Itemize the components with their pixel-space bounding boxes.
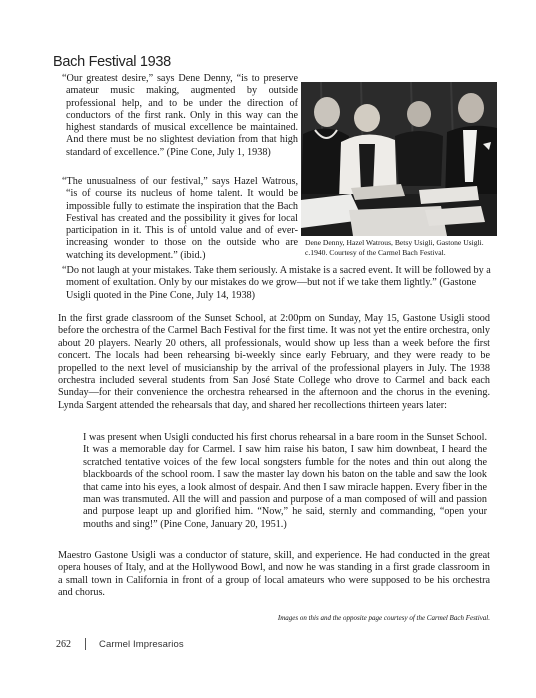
body-paragraph-1: In the first grade classroom of the Suns… — [58, 313, 490, 412]
footer-divider — [85, 638, 86, 650]
pull-quote-hazel-watrous: “The unusualness of our festival,” says … — [62, 176, 298, 262]
block-quote-lynda-sargent: I was present when Usigli conducted his … — [83, 432, 487, 531]
image-credit: Images on this and the opposite page cou… — [246, 614, 490, 622]
pull-quote-gastone-usigli: “Do not laugh at your mistakes. Take the… — [62, 265, 496, 302]
pull-quote-dene-denny: “Our greatest desire,” says Dene Denny, … — [62, 73, 298, 159]
book-page: Bach Festival 1938 “Our greatest desire,… — [0, 0, 536, 698]
body-paragraph-2: Maestro Gastone Usigli was a conductor o… — [58, 550, 490, 600]
page-footer: 262 Carmel Impresarios — [56, 638, 184, 650]
historical-photo — [301, 82, 497, 236]
section-heading: Bach Festival 1938 — [53, 54, 171, 70]
running-title: Carmel Impresarios — [99, 639, 184, 650]
photo-illustration-icon — [301, 82, 497, 236]
page-number: 262 — [56, 639, 71, 650]
photo-caption: Dene Denny, Hazel Watrous, Betsy Usigli,… — [305, 238, 497, 257]
